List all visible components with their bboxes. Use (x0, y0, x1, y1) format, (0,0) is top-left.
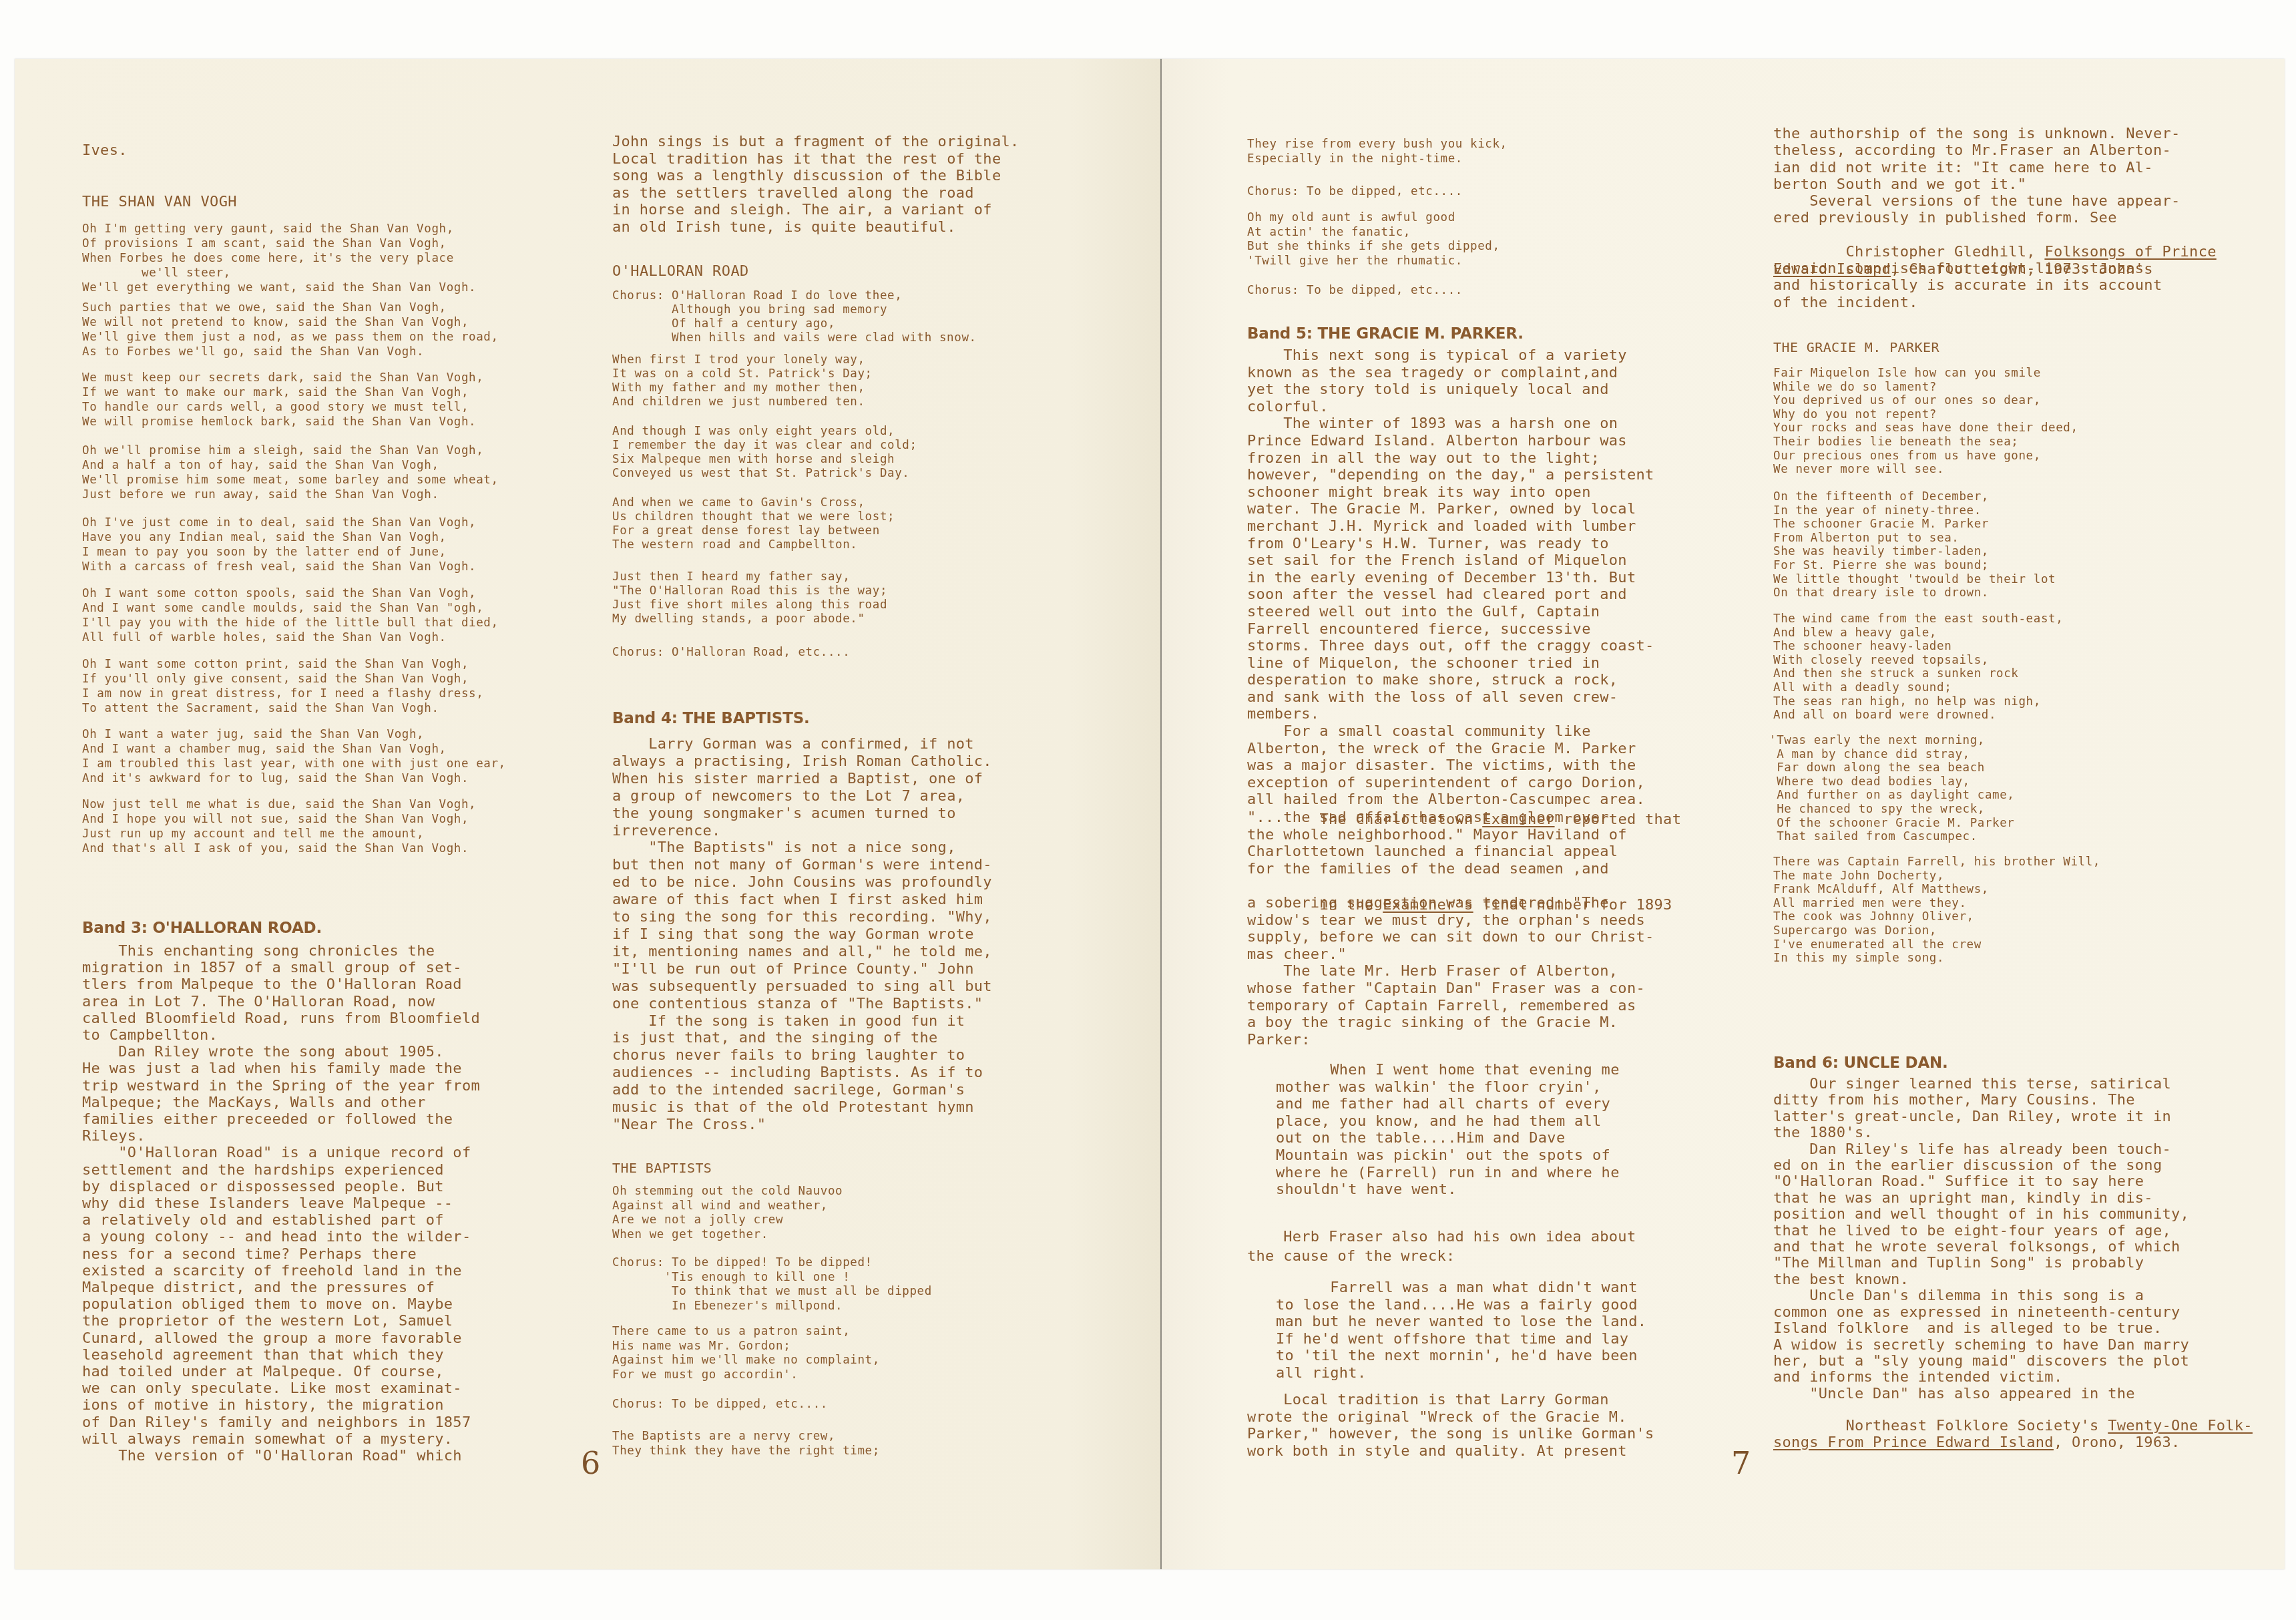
continuation-text: Ives. (82, 142, 128, 160)
chorus-ref: Chorus: O'Halloran Road, etc.... (612, 645, 850, 660)
booklet-spread: Ives. THE SHAN VAN VOGH Oh I'm getting v… (15, 59, 2285, 1569)
chorus: Chorus: O'Halloran Road I do love thee, … (612, 289, 977, 345)
lyric-stanza: Oh we'll promise him a sleigh, said the … (82, 443, 499, 502)
text: , Orono, 1963. (2054, 1434, 2180, 1451)
lyric-stanza: There came to us a patron saint, His nam… (612, 1325, 880, 1382)
chorus-ref: Chorus: To be dipped, etc.... (1247, 184, 1463, 199)
lyric-stanza: Oh my old aunt is awful good At actin' t… (1247, 211, 1500, 268)
band-5-body: "...the sad affair has cast a gloom over… (1247, 809, 1627, 877)
lyric-stanza: Oh I've just come in to deal, said the S… (82, 516, 476, 574)
song-title-shan-van-vogh: THE SHAN VAN VOGH (82, 194, 237, 210)
band-3-heading: Band 3: O'HALLORAN ROAD. (82, 920, 322, 937)
band-4-heading: Band 4: THE BAPTISTS. (612, 710, 810, 727)
page-7: They rise from every bush you kick, Espe… (1162, 59, 2285, 1569)
chorus-ref: Chorus: To be dipped, etc.... (612, 1397, 828, 1412)
continuation-text: John sings is but a fragment of the orig… (612, 134, 1019, 236)
lyric-stanza: And though I was only eight years old, I… (612, 425, 917, 481)
song-title-gracie-m-parker: THE GRACIE M. PARKER (1773, 339, 1939, 355)
band-4-body: Larry Gorman was a confirmed, if not alw… (612, 736, 992, 1134)
reference-northeast-folklore: Northeast Folklore Society's Twenty-One … (1773, 1402, 2253, 1468)
continuation-text: version comprises four eight-line stanza… (1773, 260, 2162, 311)
book-title: Twenty-One Folk- (2108, 1418, 2253, 1434)
lyric-stanza: There was Captain Farrell, his brother W… (1773, 855, 2100, 966)
lyric-stanza: Oh I want some cotton print, said the Sh… (82, 657, 483, 716)
band-5-body: Local tradition is that Larry Gorman wro… (1247, 1392, 1654, 1460)
lyric-stanza: Just then I heard my father say, "The O'… (612, 570, 887, 626)
lyric-stanza: We must keep our secrets dark, said the … (82, 371, 483, 429)
band-5-body: a sobering suggestion was tendered: "The… (1247, 895, 1654, 1048)
lyric-stanza: Fair Miquelon Isle how can you smile Whi… (1773, 367, 2078, 477)
chorus-ref: Chorus: To be dipped, etc.... (1247, 283, 1463, 298)
song-title-ohalloran-road: O'HALLORAN ROAD (612, 263, 749, 280)
band-6-heading: Band 6: UNCLE DAN. (1773, 1054, 1948, 1072)
fraser-quote-2: Farrell was a man what didn't want to lo… (1276, 1279, 1646, 1382)
lyric-stanza: On the fifteenth of December, In the yea… (1773, 490, 2056, 600)
text: Northeast Folklore Society's (1845, 1418, 2108, 1434)
lyric-stanza: The wind came from the east south-east, … (1773, 612, 2063, 723)
lyric-stanza: And when we came to Gavin's Cross, Us ch… (612, 496, 895, 552)
lyric-stanza: Oh I'm getting very gaunt, said the Shan… (82, 222, 476, 295)
lyric-stanza: Oh I want some cotton spools, said the S… (82, 586, 499, 645)
band-6-body: Our singer learned this terse, satirical… (1773, 1076, 2189, 1402)
fraser-quote-1: When I went home that evening me mother … (1276, 1062, 1620, 1199)
book-title: songs From Prince Edward Island (1773, 1434, 2054, 1451)
lyric-stanza: They rise from every bush you kick, Espe… (1247, 138, 1508, 166)
lyric-stanza: 'Twas early the next morning, A man by c… (1769, 734, 2014, 844)
lyric-stanza: When first I trod your lonely way, It wa… (612, 353, 873, 409)
band-5-heading: Band 5: THE GRACIE M. PARKER. (1247, 325, 1524, 343)
band-5-body: Herb Fraser also had his own idea about … (1247, 1227, 1636, 1266)
lyric-stanza: Oh I want a water jug, said the Shan Van… (82, 727, 506, 786)
lyric-stanza: Now just tell me what is due, said the S… (82, 797, 476, 856)
page-number: 6 (581, 1445, 600, 1481)
lyric-stanza: Such parties that we owe, said the Shan … (82, 300, 499, 359)
page-number: 7 (1731, 1445, 1751, 1481)
song-title-baptists: THE BAPTISTS (612, 1160, 712, 1176)
band-3-body: This enchanting song chronicles the migr… (82, 943, 480, 1464)
band-5-body: This next song is typical of a variety k… (1247, 347, 1654, 809)
chorus: Chorus: To be dipped! To be dipped! 'Tis… (612, 1256, 932, 1313)
lyric-stanza: The Baptists are a nervy crew, They thin… (612, 1430, 880, 1458)
page-6: Ives. THE SHAN VAN VOGH Oh I'm getting v… (15, 59, 1162, 1569)
lyric-stanza: Oh stemming out the cold Nauvoo Against … (612, 1185, 843, 1242)
text: Christopher Gledhill, (1845, 244, 2044, 260)
book-title: Folksongs of Prince (2044, 244, 2216, 260)
continuation-text: the authorship of the song is unknown. N… (1773, 126, 2180, 227)
